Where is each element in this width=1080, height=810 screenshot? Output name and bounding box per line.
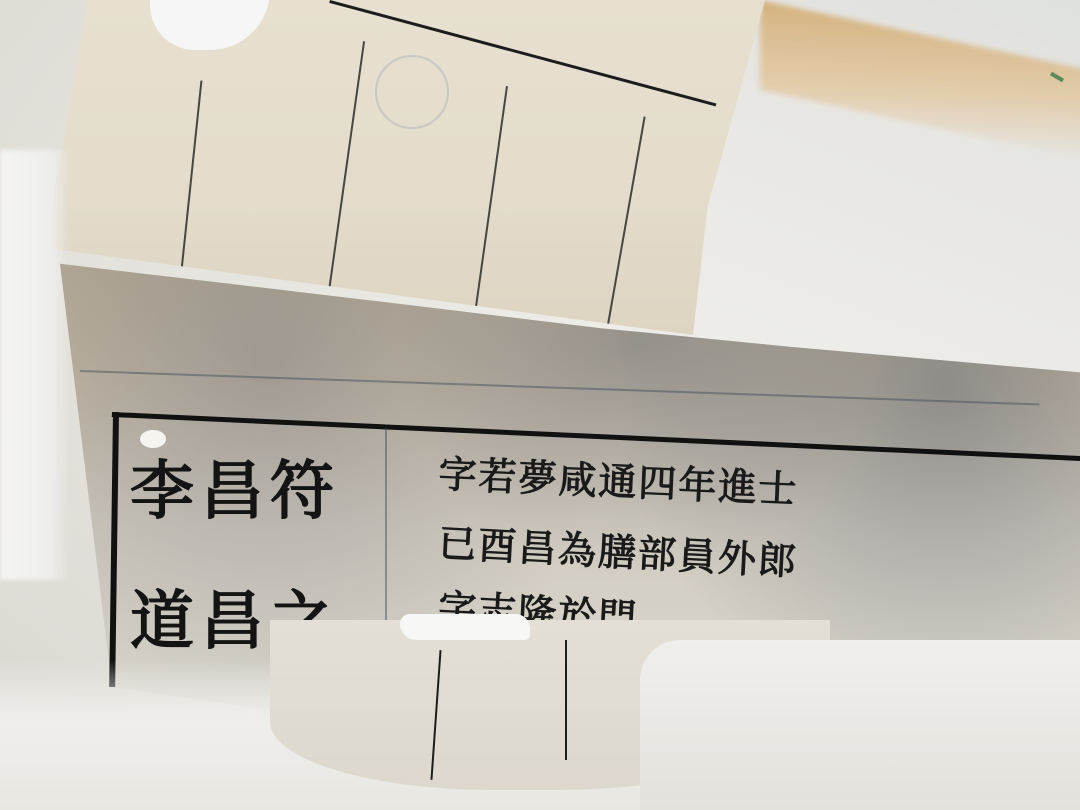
- headline-row-1: 李昌符: [130, 440, 340, 532]
- document-photo: 李昌符 道昌之 字若夢咸通四年進士 已酉昌為膳部員外郎 字志隆於門 …: [0, 0, 1080, 810]
- paper-tear-white: [400, 614, 530, 640]
- column-rule: [327, 41, 365, 299]
- column-rule: [606, 116, 645, 328]
- column-rule: [474, 86, 508, 314]
- left-backing: [0, 150, 70, 580]
- pale-paper-lower-right: [640, 640, 1080, 810]
- column-divider: [385, 428, 387, 628]
- column-rule: [430, 650, 441, 780]
- column-rule: [565, 640, 567, 760]
- faint-seal-mark: [375, 55, 449, 129]
- column-rule: [180, 80, 203, 279]
